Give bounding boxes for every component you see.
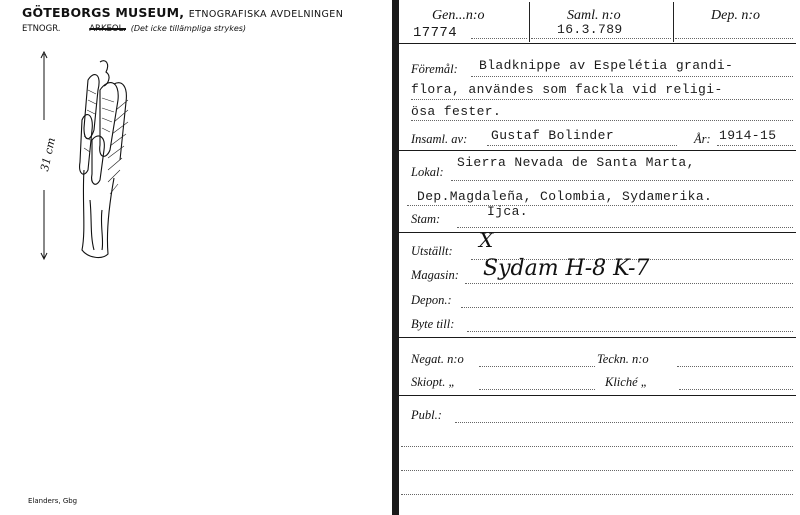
depon-dotted[interactable] <box>461 307 793 308</box>
section-rule <box>399 337 796 338</box>
teckn-dotted[interactable] <box>677 366 793 367</box>
category-arkeol-struck: ARKEOL. <box>89 24 126 34</box>
insaml-value[interactable]: Gustaf Bolinder <box>491 128 614 143</box>
stam-value[interactable]: Ijca. <box>487 204 528 219</box>
skiopt-label: Skiopt. „ <box>411 375 455 390</box>
ar-dotted <box>717 145 793 146</box>
depon-label: Depon.: <box>411 293 452 308</box>
lokal-dotted-1 <box>451 180 793 181</box>
lokal-label: Lokal: <box>411 165 444 180</box>
skiopt-dotted[interactable] <box>479 389 595 390</box>
foremal-line-1[interactable]: Bladknippe av Espelétia grandi- <box>479 58 733 73</box>
publ-label: Publ.: <box>411 408 442 423</box>
kliche-label: Kliché „ <box>605 375 648 390</box>
header-separator <box>529 2 530 42</box>
lokal-line-2[interactable]: Dep.Magdaleña, Colombia, Sydamerika. <box>417 189 712 204</box>
foremal-line-2[interactable]: flora, användes som fackla vid religi- <box>411 82 723 97</box>
foremal-label: Föremål: <box>411 62 458 77</box>
negat-dotted[interactable] <box>479 366 595 367</box>
foremal-dotted-3 <box>411 120 793 121</box>
negat-label: Negat. n:o <box>411 352 464 367</box>
dep-number-label: Dep. n:o <box>711 8 760 24</box>
foremal-line-3[interactable]: ösa fester. <box>411 104 501 119</box>
stam-dotted <box>457 227 793 228</box>
magasin-dotted <box>465 283 793 284</box>
section-rule <box>399 150 796 151</box>
publ-dotted-2[interactable] <box>401 446 793 447</box>
gen-number-line <box>471 38 527 39</box>
ar-label: År: <box>694 132 711 147</box>
header-separator <box>673 2 674 42</box>
publ-dotted-4[interactable] <box>401 494 793 495</box>
utstallt-value[interactable]: X <box>479 228 493 252</box>
department-name: ETNOGRAFISKA AVDELNINGEN <box>189 9 343 20</box>
insaml-label: Insaml. av: <box>411 132 467 147</box>
category-etnogr: ETNOGR. <box>22 24 61 34</box>
foremal-dotted-1 <box>471 76 793 77</box>
byte-dotted[interactable] <box>467 331 793 332</box>
foremal-dotted-2 <box>411 99 793 100</box>
lokal-line-1[interactable]: Sierra Nevada de Santa Marta, <box>457 155 695 170</box>
byte-label: Byte till: <box>411 317 454 332</box>
teckn-label: Teckn. n:o <box>597 352 649 367</box>
printer-mark: Elanders, Gbg <box>28 497 77 505</box>
insaml-dotted <box>487 145 677 146</box>
magasin-value[interactable]: Sydam H-8 K-7 <box>483 256 649 281</box>
category-line: ETNOGR. ARKEOL. (Det icke tillämpliga st… <box>22 24 246 34</box>
gen-number-value[interactable]: 17774 <box>413 25 457 41</box>
section-rule <box>399 395 796 396</box>
strike-note: (Det icke tillämpliga strykes) <box>131 24 246 33</box>
ar-value[interactable]: 1914-15 <box>719 128 776 143</box>
saml-number-line <box>531 38 671 39</box>
dep-number-line <box>675 38 793 39</box>
publ-dotted-1[interactable] <box>455 422 793 423</box>
magasin-label: Magasin: <box>411 268 459 283</box>
lokal-dotted-2 <box>407 205 793 206</box>
publ-dotted-3[interactable] <box>401 470 793 471</box>
saml-number-value[interactable]: 16.3.789 <box>557 22 623 37</box>
section-rule <box>399 43 796 44</box>
kliche-dotted[interactable] <box>679 389 793 390</box>
museum-header: GÖTEBORGS MUSEUM, ETNOGRAFISKA AVDELNING… <box>22 5 343 20</box>
museum-name: GÖTEBORGS MUSEUM, <box>22 5 184 20</box>
section-rule <box>399 232 796 233</box>
catalog-form: Gen...n:o 17774 Saml. n:o 16.3.789 Dep. … <box>399 0 800 515</box>
gen-number-label: Gen...n:o <box>432 8 485 24</box>
stam-label: Stam: <box>411 212 440 227</box>
utstallt-label: Utställt: <box>411 244 453 259</box>
card-left-side: GÖTEBORGS MUSEUM, ETNOGRAFISKA AVDELNING… <box>0 0 392 515</box>
card-divider <box>392 0 399 515</box>
